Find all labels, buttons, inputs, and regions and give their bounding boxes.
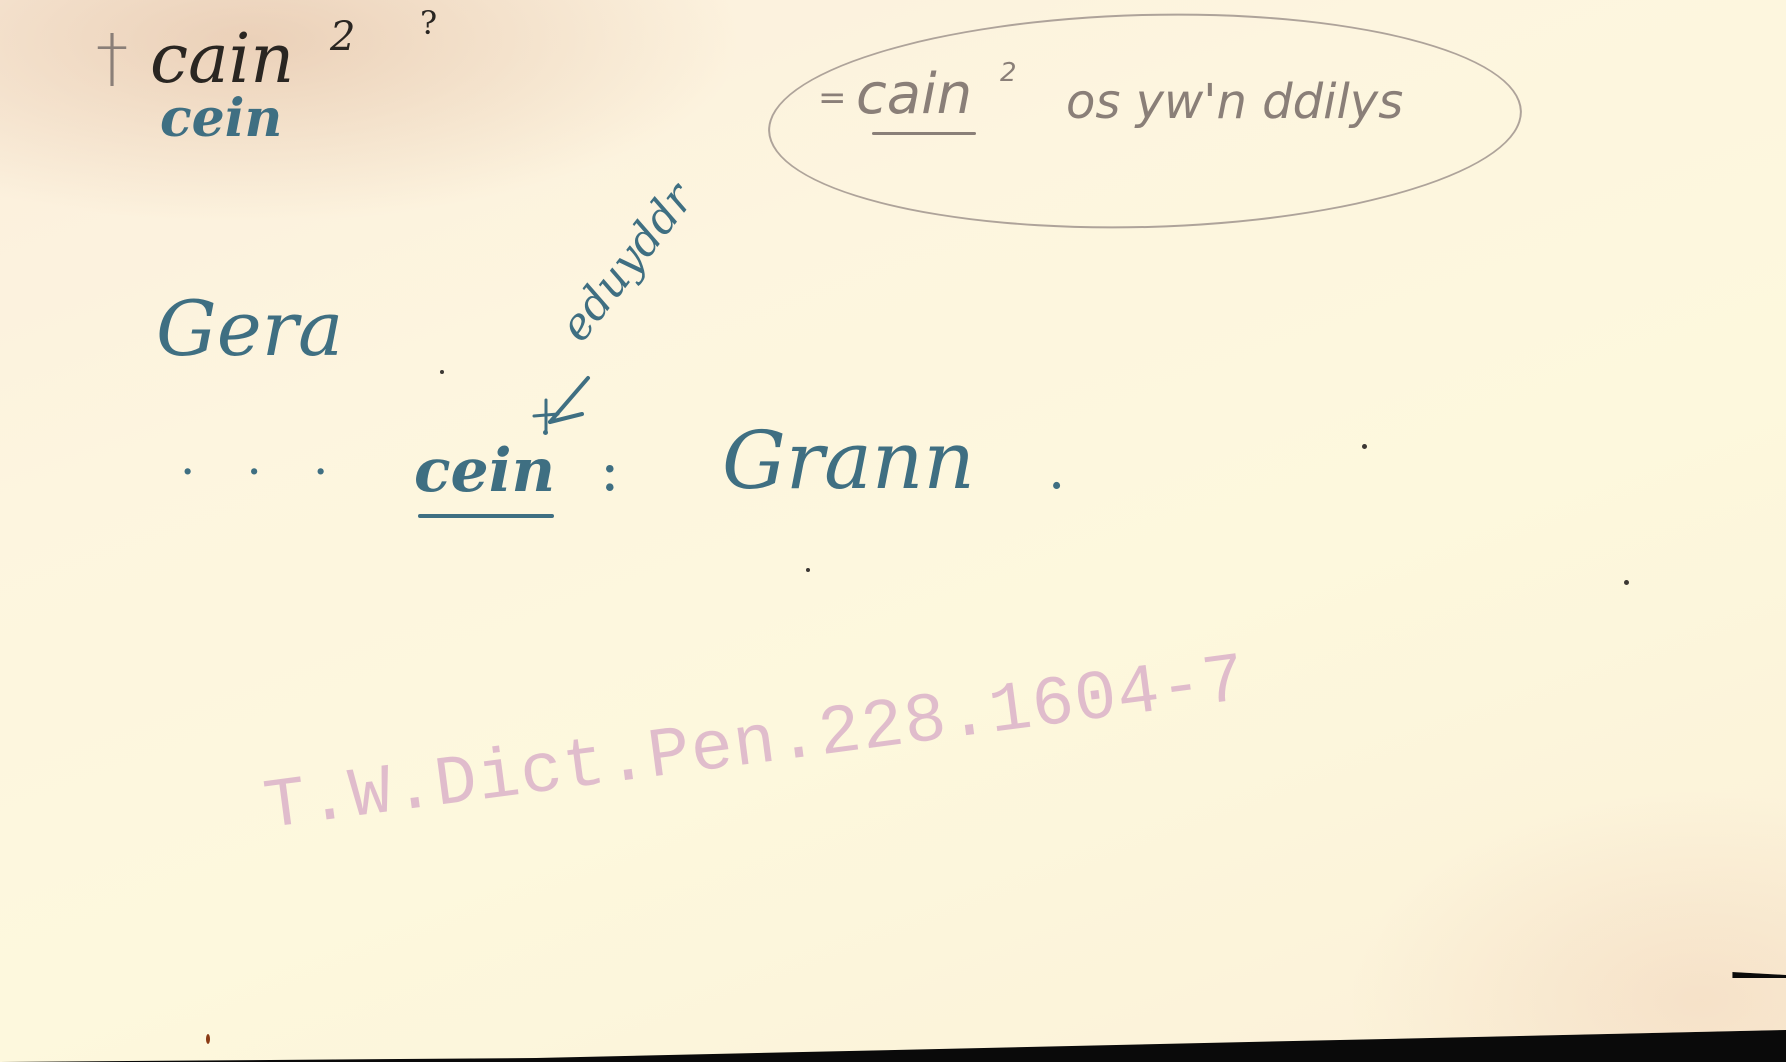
insertion-point bbox=[543, 430, 548, 435]
citation-end: . bbox=[1048, 438, 1065, 501]
ink-speck bbox=[440, 370, 444, 374]
dagger-mark: † bbox=[96, 22, 128, 96]
citation-colon: : bbox=[600, 436, 620, 504]
insertion-arrow-icon bbox=[520, 370, 600, 440]
note-underline bbox=[872, 132, 976, 135]
source-label: Gera bbox=[156, 284, 343, 373]
query-mark: ? bbox=[420, 4, 437, 42]
citation-ellipsis: . . . bbox=[180, 430, 346, 486]
citation-following: Grann bbox=[722, 414, 975, 507]
note-superscript: 2 bbox=[1000, 58, 1017, 88]
citation-underline bbox=[418, 514, 554, 518]
ink-speck bbox=[1362, 444, 1367, 449]
dictionary-slip-card: † cain 2 ? cein = cain 2 os yw'n ddilys … bbox=[0, 0, 1786, 1062]
note-word: cain bbox=[856, 62, 972, 127]
ink-speck bbox=[806, 568, 810, 572]
headword-variant: cein bbox=[160, 88, 282, 149]
archive-stamp: T.W.Dict.Pen.228.1604-7 bbox=[260, 642, 1251, 849]
ink-speck bbox=[206, 1034, 210, 1044]
note-text: os yw'n ddilys bbox=[1066, 74, 1403, 130]
note-equals: = bbox=[818, 78, 847, 118]
headword-superscript: 2 bbox=[330, 14, 355, 60]
insertion-note: eduyddr bbox=[550, 174, 704, 351]
citation-word: cein bbox=[414, 436, 555, 506]
ink-speck bbox=[1624, 580, 1629, 585]
